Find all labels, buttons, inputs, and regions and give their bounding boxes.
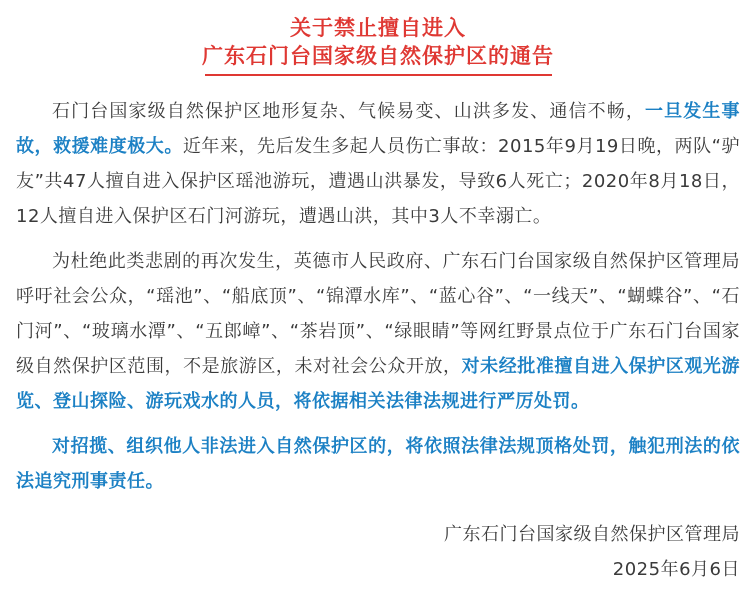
notice-paragraph: 石门台国家级自然保护区地形复杂、气候易变、山洪多发、通信不畅，一旦发生事故，救援… (16, 94, 740, 234)
notice-title: 关于禁止擅自进入 广东石门台国家级自然保护区的通告 (16, 14, 740, 70)
issuer-name: 广东石门台国家级自然保护区管理局 (16, 517, 740, 552)
title-underline (205, 74, 552, 76)
notice-paragraph: 为杜绝此类悲剧的再次发生，英德市人民政府、广东石门台国家级自然保护区管理局呼吁社… (16, 244, 740, 419)
notice-header: 关于禁止擅自进入 广东石门台国家级自然保护区的通告 (16, 14, 740, 76)
notice-paragraph: 对招揽、组织他人非法进入自然保护区的，将依照法律法规顶格处罚，触犯刑法的依法追究… (16, 429, 740, 499)
issue-date: 2025年6月6日 (16, 552, 740, 587)
body-text: 石门台国家级自然保护区地形复杂、气候易变、山洪多发、通信不畅， (52, 101, 645, 122)
title-line-2: 广东石门台国家级自然保护区的通告 (16, 42, 740, 70)
notice-footer: 广东石门台国家级自然保护区管理局 2025年6月6日 (16, 517, 740, 587)
emphasis-text: 对招揽、组织他人非法进入自然保护区的，将依照法律法规顶格处罚，触犯刑法的依法追究… (16, 436, 740, 492)
notice-page: 关于禁止擅自进入 广东石门台国家级自然保护区的通告 石门台国家级自然保护区地形复… (0, 0, 756, 601)
notice-body: 石门台国家级自然保护区地形复杂、气候易变、山洪多发、通信不畅，一旦发生事故，救援… (16, 94, 740, 499)
title-line-1: 关于禁止擅自进入 (16, 14, 740, 42)
